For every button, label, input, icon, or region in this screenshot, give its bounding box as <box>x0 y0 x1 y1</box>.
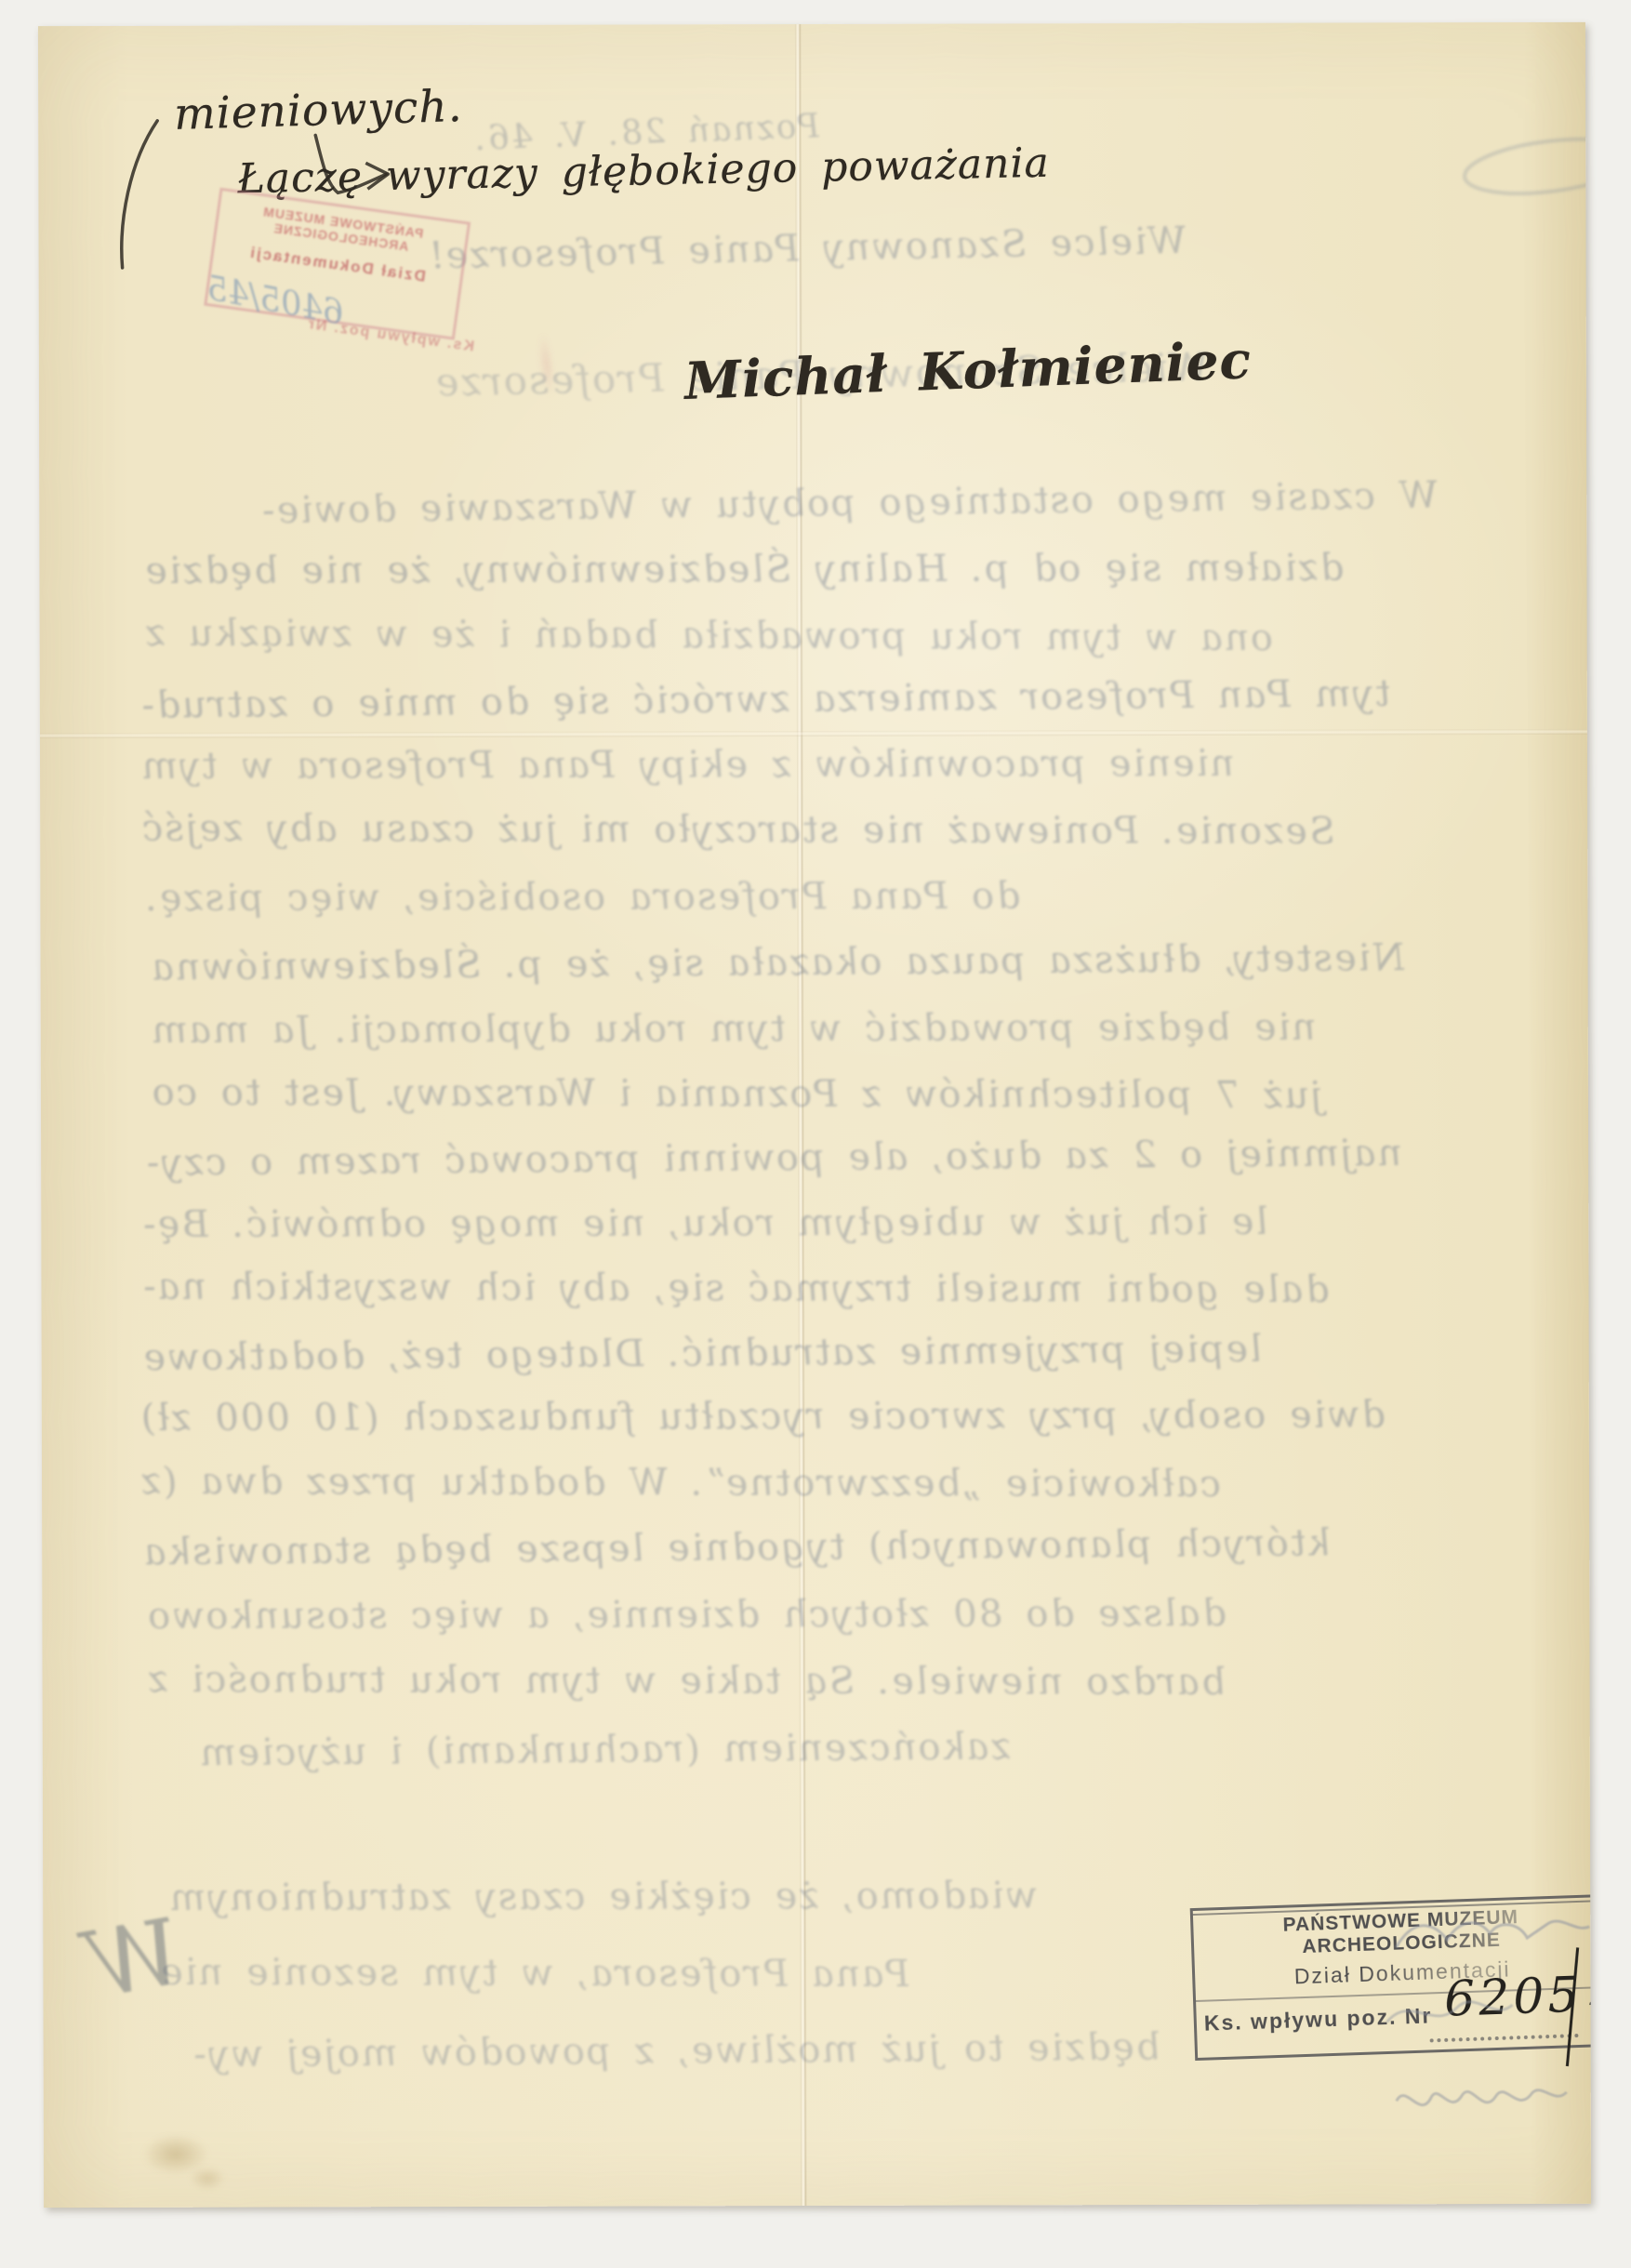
bleed-stamp-border: PAŃSTWOWE MUZEUM ARCHEOLOGICZNE Dział Do… <box>204 188 471 340</box>
bleed-through-line: już 7 politechników z Poznania i Warszaw… <box>151 1071 1322 1117</box>
bleed-through-line: ona w tym roku prowadziła badań i że w z… <box>144 612 1274 659</box>
bleed-through-line: tym Pan Profesor zamierza zwrócić się do… <box>140 672 1391 727</box>
bleed-through-line: dwie osoby, przy zwrocie ryczałtu fundus… <box>139 1393 1386 1439</box>
letter-page: Poznań 28. V. 46.Wielce Szanowny Panie P… <box>38 22 1591 2208</box>
paper-stain <box>181 2161 233 2196</box>
bleed-stamp-line2: Dział Dokumentacji <box>213 239 460 291</box>
stamp-institution: PAŃSTWOWE MUZEUM ARCHEOLOGICZNE <box>1193 1903 1591 1962</box>
bleed-through-line: zakończeniem (rachunkami) i użyciem <box>199 1725 1011 1774</box>
scanned-letter-background: Poznań 28. V. 46.Wielce Szanowny Panie P… <box>0 0 1631 2268</box>
bleed-stamp-line3: Ks. wpływu poz. Nr <box>305 316 475 356</box>
bleed-through-line: wiadomo, że ciężkie czasy zatrudnionym <box>168 1874 1038 1918</box>
bleed-through-line: których planowanych) tygodnie lepsze będ… <box>142 1521 1331 1573</box>
bleed-through-line: całkowicie „bezzwrotne”. W dodatku przez… <box>139 1460 1221 1505</box>
bleed-through-stamp: PAŃSTWOWE MUZEUM ARCHEOLOGICZNE Dział Do… <box>170 180 497 388</box>
paper-stain <box>532 322 561 409</box>
museum-accession-stamp: PAŃSTWOWE MUZEUM ARCHEOLOGICZNE Dział Do… <box>1187 1887 1591 2075</box>
bleed-through-line: będzie to już możliwe, z powodów mojej w… <box>192 2025 1160 2076</box>
bleed-through-line: dalsze do 80 złotych dziennie, a więc st… <box>146 1592 1226 1638</box>
horizontal-fold-crease <box>40 729 1587 738</box>
bleed-through-line: Wielce Szanowny Panie Profesorze! <box>427 219 1187 277</box>
bleed-through-line: Sezonie. Ponieważ nie starczyło mi już c… <box>140 807 1334 853</box>
bleed-flourish <box>1442 115 1591 219</box>
bleed-through-line: do Pana Profesora osobiście, więc piszę. <box>144 874 1020 919</box>
bleed-through-line: Niestety, dłuższa pauza okazała się, że … <box>150 936 1405 989</box>
bleed-through-line: dale godni musieli trzymać się, aby ich … <box>141 1266 1329 1311</box>
bleed-stamp-line1: PAŃSTWOWE MUZEUM ARCHEOLOGICZNE <box>218 198 467 261</box>
bleed-through-line: Pana Profesora, w tym sezonie nie <box>159 1951 909 1996</box>
bleed-through-line: nie będzie prowadzić w tym roku dyplomac… <box>151 1006 1317 1052</box>
handwritten-word-fragment: mieniowych. <box>173 81 463 140</box>
bleed-through-line: najmniej o 2 za dużo, ale powinni pracow… <box>145 1132 1402 1185</box>
bleed-through-line: bardzo niewiele. Są takie w tym roku tru… <box>147 1658 1226 1704</box>
stamp-register-label: Ks. wpływu poz. Nr <box>1203 2003 1432 2036</box>
bleed-through-text-layer: Poznań 28. V. 46.Wielce Szanowny Panie P… <box>38 22 1585 26</box>
bleed-stamp-number: 6405/45 <box>204 269 348 332</box>
handwritten-signature: Michał Kołmieniec <box>683 329 1253 411</box>
bleed-through-line: lepiej przyjemnie zatrudnić. Dlatego też… <box>142 1328 1263 1379</box>
stamp-dotted-line <box>1430 2034 1579 2042</box>
bleed-through-line: W czasie mego ostatniego pobytu w Warsza… <box>260 474 1438 533</box>
bleed-through-line: le ich już w ubiegłym roku, nie mogę odm… <box>141 1200 1267 1246</box>
bleed-through-line: działem się od p. Haliny Śledziewniówny,… <box>143 547 1344 592</box>
accession-number: 6205 <box>1443 1968 1583 2028</box>
handwritten-closing: Łączę wyrazy głębokiego poważania <box>237 139 1050 204</box>
bleed-margin-mark: W <box>79 1899 190 2020</box>
bleed-through-line: nienie pracowników z ekipy Pana Profesor… <box>140 742 1235 788</box>
